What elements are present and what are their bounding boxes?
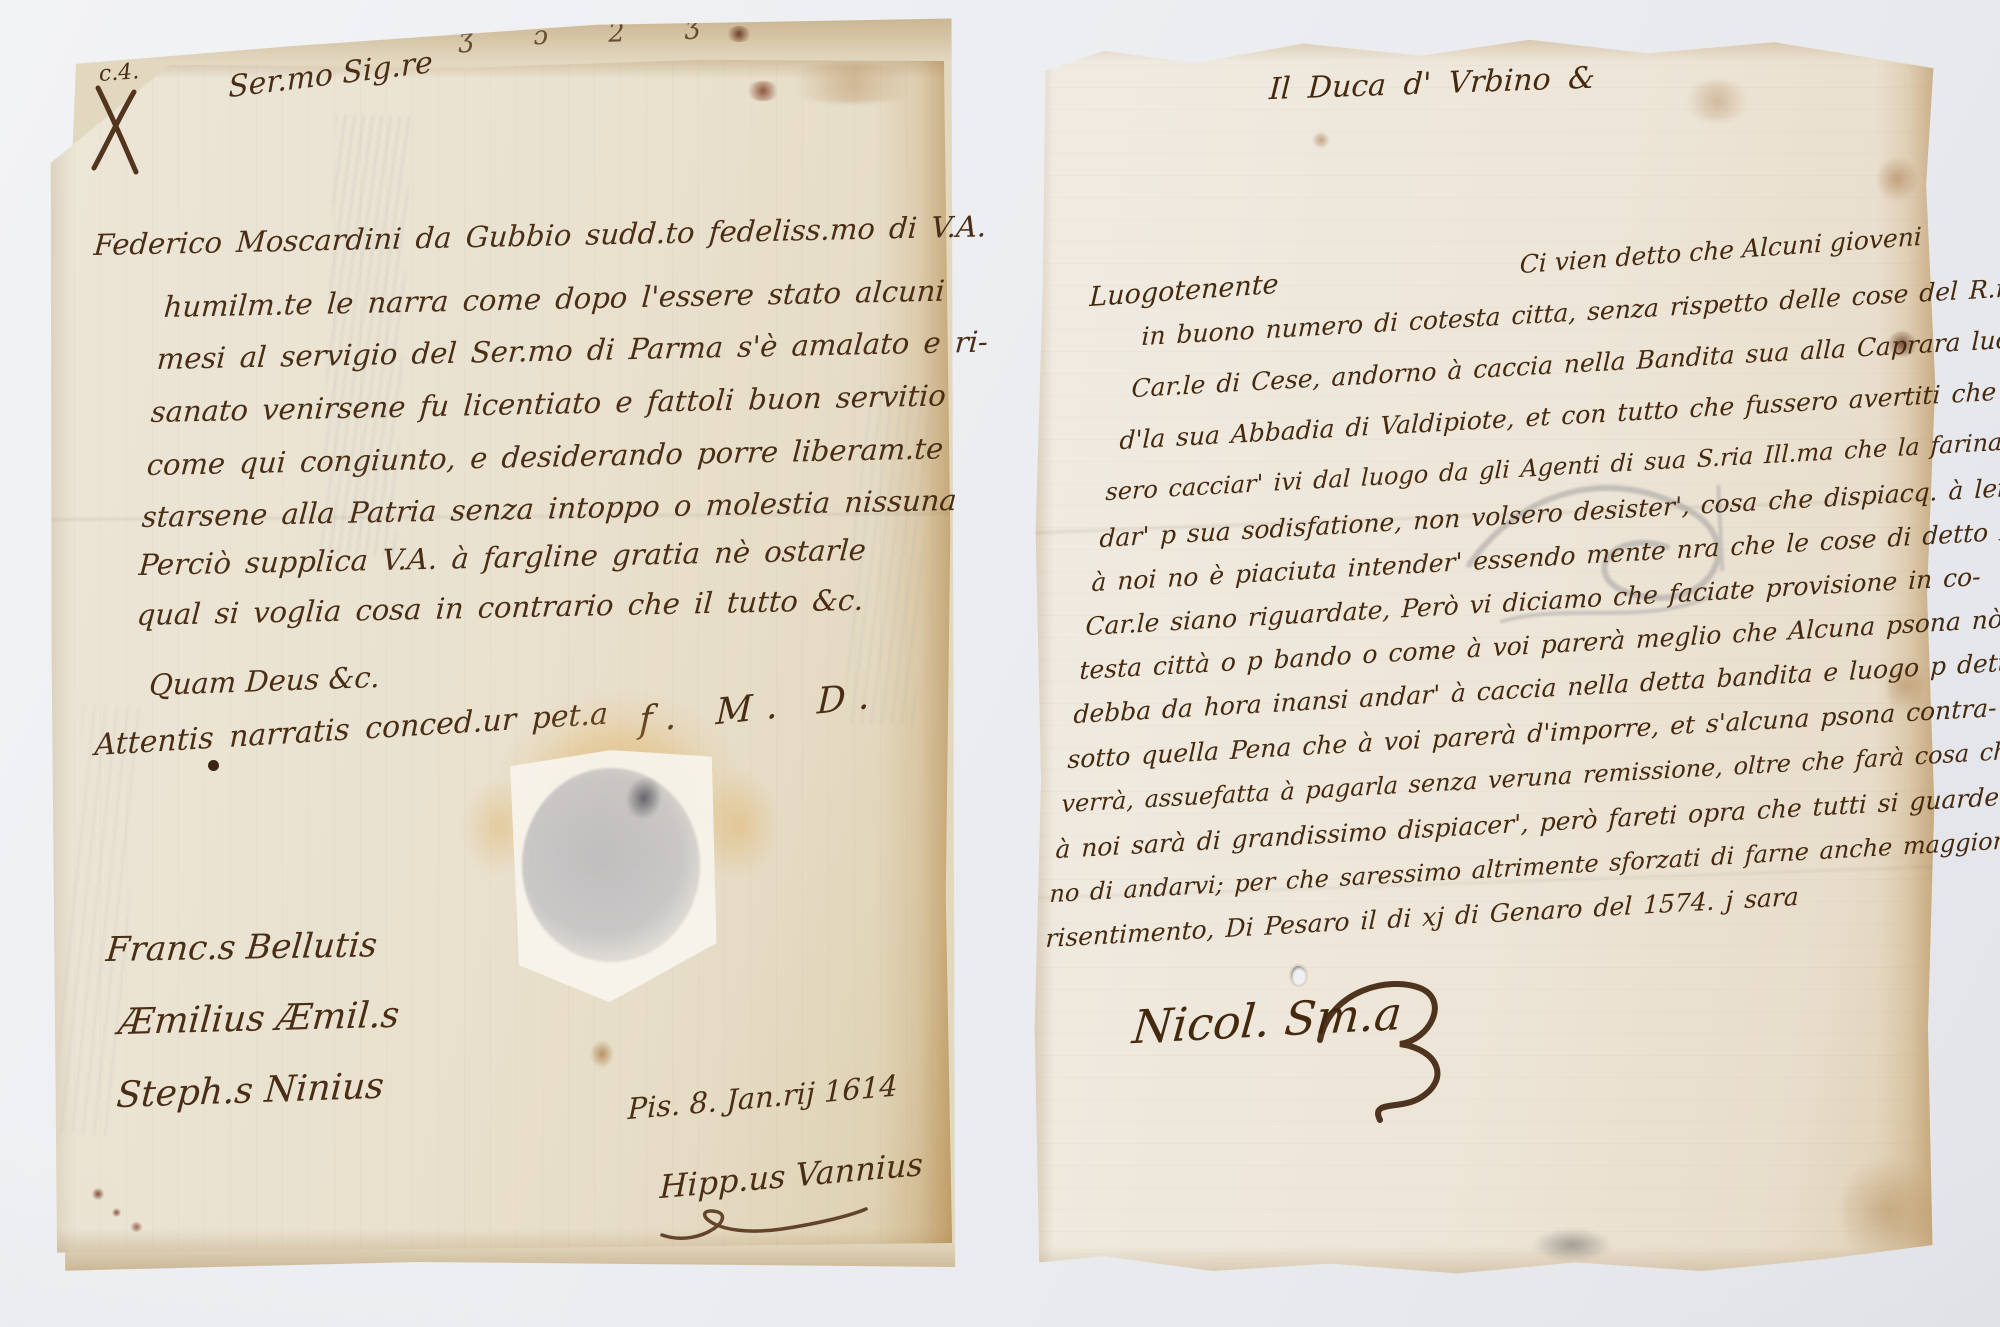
left-edge-browning [1032, 36, 1054, 1276]
corner-foxing [778, 63, 928, 103]
top-edge-browning [1032, 36, 1937, 62]
cut-off-writing-fragments: ʒ̓ ɔ 2 Ʒ [458, 15, 726, 54]
verso-showthrough-center [320, 114, 410, 556]
foxing-spot [1682, 81, 1752, 121]
archive-mark: c.4. [98, 59, 140, 87]
notary-signature: Franc.s Bellutis [104, 925, 378, 970]
foxing-corner-bottom-right [1842, 1156, 1932, 1266]
notary-signature: Æmilius Æmil.s [117, 995, 401, 1043]
foxing-spot [1312, 132, 1330, 148]
back-sheet-ink-blob [726, 26, 752, 42]
grey-smudge-bottom [1532, 1228, 1612, 1262]
photograph-of-two-letters: ʒ̓ ɔ 2 Ʒ c.4. Ser.mo Sig.re Federico Mos… [0, 0, 2000, 1327]
corner-stain [746, 81, 780, 101]
left-edge-shading [48, 55, 74, 1255]
foxing-spot [1877, 156, 1917, 202]
verso-showthrough-left-margin [53, 703, 143, 1136]
bottom-edge-browning [1032, 1246, 1937, 1276]
